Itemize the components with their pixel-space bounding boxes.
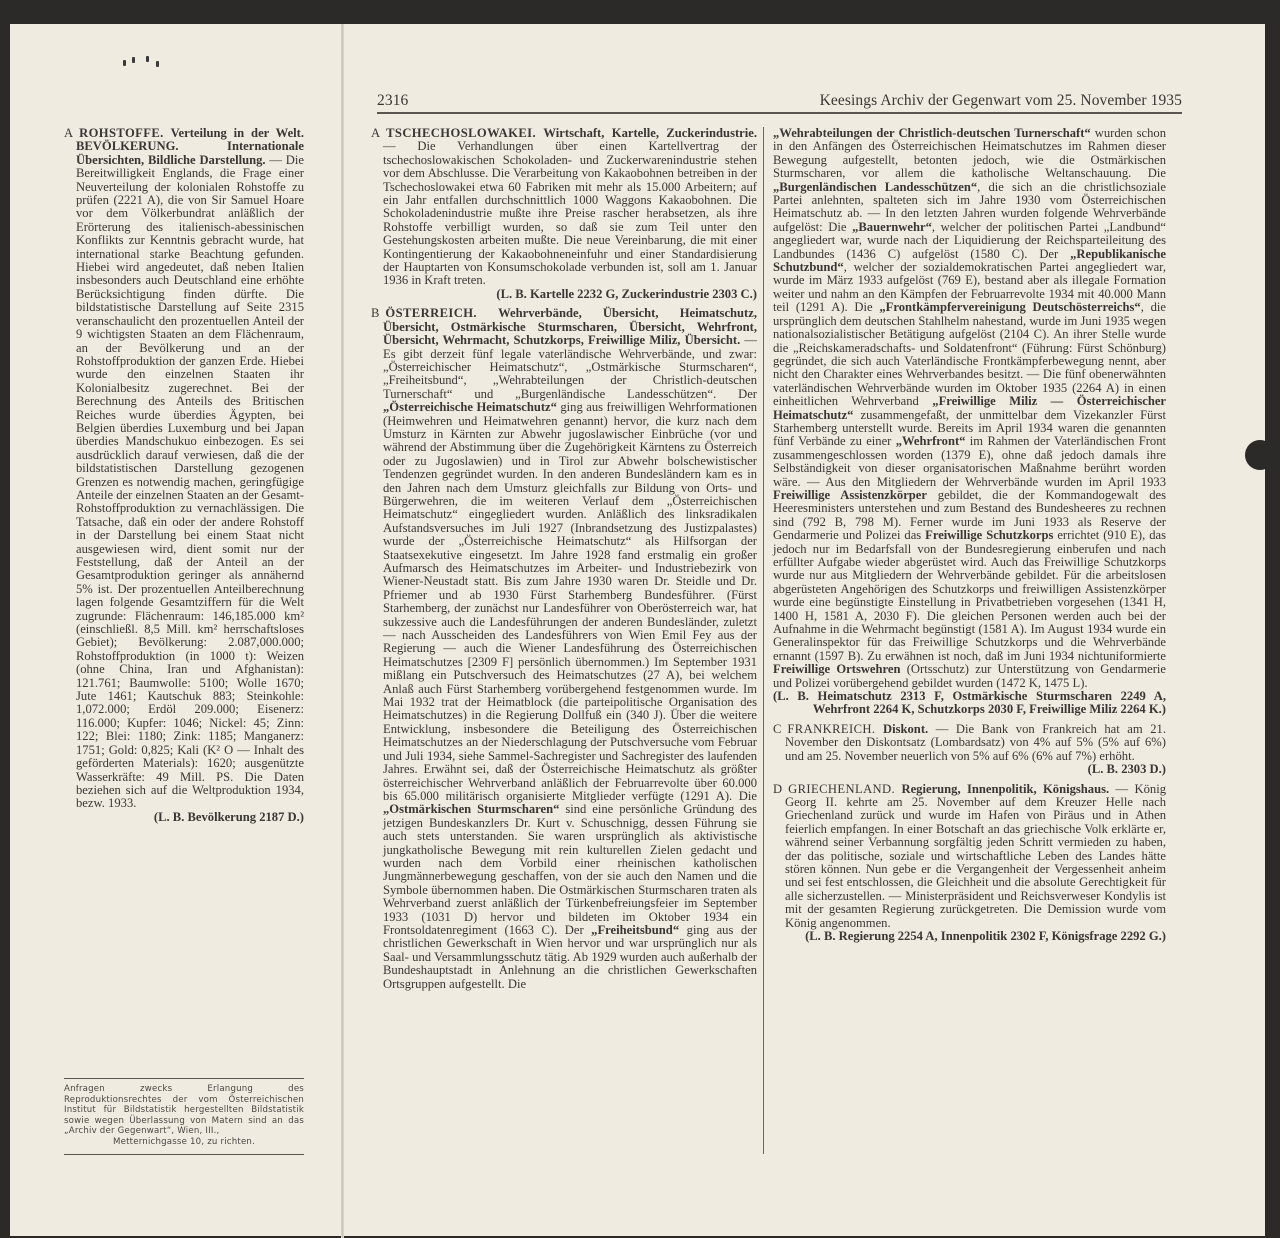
punch-hole — [1245, 440, 1275, 470]
left-column: AROHSTOFFE. Verteilung in der Welt. BEVÖ… — [64, 127, 304, 830]
article-country: FRANKREICH. — [787, 722, 875, 736]
keyword-sturmscharen: „Ostmärkischen Sturmscharen“ — [383, 802, 559, 816]
article-reference: (L. B. Heimatschutz 2313 F, Ostmärkische… — [773, 690, 1166, 717]
keyword-wehrfront: „Wehrfront“ — [896, 434, 966, 448]
keyword-frontkaempfer: „Frontkämpfervereinigung Deutschösterrei… — [879, 300, 1140, 314]
article-reference: (L. B. Regierung 2254 A, Innenpolitik 23… — [785, 930, 1166, 943]
article-reference: (L. B. Bevölkerung 2187 D.) — [76, 811, 304, 824]
keyword-bauernwehr: „Bauernwehr“ — [852, 220, 932, 234]
article-letter: A — [64, 126, 73, 140]
page-fold — [341, 24, 344, 1238]
reproduction-notice: Anfragen zwecks Erlangung des Reprodukti… — [64, 1078, 304, 1155]
article-body: — König Georg II. kehrte am 25. November… — [785, 782, 1166, 930]
article-body: sind eine persönliche Gründung des jetzi… — [383, 802, 757, 937]
article-letter: D — [773, 782, 782, 796]
article-oesterreich-continued: „Wehrabteilungen der Christlich-deutsche… — [773, 127, 1166, 717]
staple-mark — [132, 57, 135, 63]
staple-mark — [146, 56, 149, 62]
article-letter: A — [371, 126, 380, 140]
article-keywords: Wirtschaft, Kartelle, Zuckerindustrie. — [543, 126, 757, 140]
article-country: GRIECHENLAND. — [788, 782, 895, 796]
article-keywords: Diskont. — [883, 722, 928, 736]
article-keywords: Regierung, Innenpolitik, Königshaus. — [902, 782, 1110, 796]
article-letter: B — [371, 306, 379, 320]
article-country: ÖSTERREICH. — [385, 306, 477, 320]
article-body: , die ursprünglich dem deutschen Stahlhe… — [773, 300, 1166, 408]
middle-column: ATSCHECHOSLOWAKEI. Wirtschaft, Kartelle,… — [371, 127, 757, 997]
keyword-burgenland: „Burgenländischen Landesschützen“ — [773, 180, 977, 194]
staple-mark — [123, 60, 126, 66]
page-number: 2316 — [377, 92, 408, 110]
page-header: 2316 Keesings Archiv der Gegenwart vom 2… — [377, 88, 1182, 114]
article-body: errichtet (910 E), das jedoch nur im Bed… — [773, 528, 1166, 663]
column-divider — [763, 127, 764, 1154]
keyword-turnerschaft: „Wehrabteilungen der Christlich-deutsche… — [773, 126, 1091, 140]
keyword-heimatschutz: „Österreichische Heimatschutz“ — [383, 400, 557, 414]
publication-title: Keesings Archiv der Gegenwart vom 25. No… — [820, 92, 1182, 110]
article-body: ging aus freiwilligen Wehrformationen (H… — [383, 400, 757, 803]
keyword-assistenzkoerper: Freiwillige Assistenzkörper — [773, 488, 927, 502]
keyword-ortswehren: Freiwillige Ortswehren — [773, 662, 901, 676]
article-oesterreich: BÖSTERREICH. Wehrverbände, Übersicht, He… — [371, 307, 757, 991]
article-tschechoslowakei: ATSCHECHOSLOWAKEI. Wirtschaft, Kartelle,… — [371, 127, 757, 301]
article-body: — Die Bereitwilligkeit Englands, die Fra… — [76, 153, 304, 811]
article-body: — Die Verhandlungen über einen Kartellve… — [383, 139, 757, 287]
article-reference: (L. B. 2303 D.) — [785, 763, 1166, 776]
notice-address: Metternichgasse 10, zu richten. — [64, 1137, 304, 1148]
keyword-freiheitsbund: „Freiheitsbund“ — [591, 923, 679, 937]
article-letter: C — [773, 722, 781, 736]
article-rohstoffe: AROHSTOFFE. Verteilung in der Welt. BEVÖ… — [64, 127, 304, 824]
article-country: ROHSTOFFE. — [79, 126, 164, 140]
article-country: TSCHECHOSLOWAKEI. — [386, 126, 536, 140]
notice-text: Anfragen zwecks Erlangung des Reprodukti… — [64, 1084, 304, 1136]
article-griechenland: DGRIECHENLAND. Regierung, Innenpolitik, … — [773, 783, 1166, 944]
article-frankreich: CFRANKREICH. Diskont. — Die Bank von Fra… — [773, 723, 1166, 777]
right-column: „Wehrabteilungen der Christlich-deutsche… — [773, 127, 1166, 949]
article-reference: (L. B. Kartelle 2232 G, Zuckerindustrie … — [383, 288, 757, 301]
keyword-schutzkorps: Freiwillige Schutzkorps — [925, 528, 1053, 542]
staple-mark — [156, 61, 159, 67]
